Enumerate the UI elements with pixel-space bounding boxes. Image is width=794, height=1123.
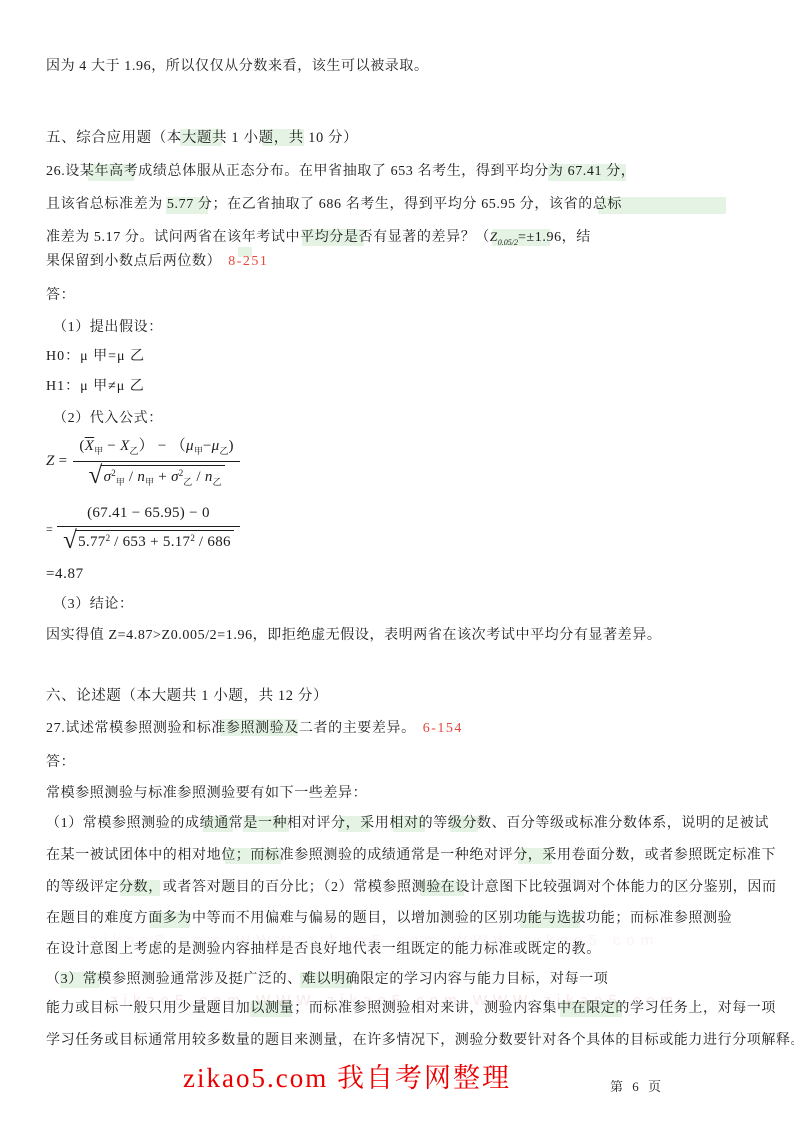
section-6-heading: 六、论述题（本大题共 1 小题，共 12 分）: [46, 687, 328, 705]
essay-line: 学习任务或目标通常用较多数量的题目来测量，在许多情况下，测验分数要针对各个具体的…: [46, 1032, 794, 1050]
fraction-denominator: √5.772 / 653 + 5.172 / 686: [57, 526, 240, 553]
essay-intro: 常模参照测验与标准参照测验要有如下一些差异：: [46, 785, 367, 803]
document-page: zikao5.com WWW zikao5.com WWW zikao5.com…: [0, 0, 794, 1123]
textbook-page-ref: 8-251: [228, 254, 268, 269]
essay-line: 在设计意图上考虑的是测验内容抽样是否良好地代表一组既定的能力标准或既定的教。: [46, 941, 601, 959]
z-result-value: =4.87: [46, 565, 84, 583]
essay-line: 能力或目标一般只用少量题目加以测量；而标准参照测验相对来讲，测验内容集中在限定的…: [46, 1000, 776, 1018]
section-5-heading: 五、综合应用题（本大题共 1 小题，共 10 分）: [46, 129, 358, 147]
paragraph-conclusion-prev-question: 因为 4 大于 1.96，所以仅仅从分数来看，该生可以被录取。: [46, 58, 429, 76]
question-27-text: 27.试述常模参照测验和标准参照测验及二者的主要差异。: [46, 721, 416, 736]
essay-line: （3）常模参照测验通常涉及挺广泛的、难以明确限定的学习内容与能力目标，对每一项: [46, 971, 608, 989]
z-formula: Z = (X甲 − X乙） − （μ甲−μ乙) √σ2甲 / n甲 + σ2乙 …: [46, 434, 240, 488]
fraction: (X甲 − X乙） − （μ甲−μ乙) √σ2甲 / n甲 + σ2乙 / n乙: [73, 434, 239, 488]
formula-lhs-z: Z: [46, 453, 55, 470]
question-26-line-3-post: =±1.96，结: [518, 230, 591, 245]
essay-line: 在题目的难度方面多为中等而不用偏难与偏易的题目，以增加测验的区别功能与选拔功能；…: [46, 910, 732, 928]
essay-line: 的等级评定分数，或者答对题目的百分比；（2）常模参照测验在设计意图下比较强调对个…: [46, 879, 777, 897]
question-26-line-3-pre: 准差为 5.17 分。试问两省在该年考试中平均分是否有显著的差异？（: [46, 230, 490, 245]
answer-label: 答：: [46, 754, 75, 772]
z-variable: Z: [490, 229, 498, 244]
sqrt-body: 5.772 / 653 + 5.172 / 686: [75, 530, 234, 551]
fraction: (67.41 − 65.95) − 0 √5.772 / 653 + 5.172…: [57, 505, 240, 553]
z-substituted-formula: = (67.41 − 65.95) − 0 √5.772 / 653 + 5.1…: [46, 505, 240, 553]
hypothesis-h1: H1：μ 甲≠μ 乙: [46, 378, 145, 396]
conclusion-line: 因实得值 Z=4.87>Z0.005/2=1.96，即拒绝虚无假设，表明两省在该…: [46, 627, 661, 645]
equals-sign: =: [46, 522, 53, 537]
question-27: 27.试述常模参照测验和标准参照测验及二者的主要差异。6-154: [46, 720, 463, 738]
page-number: 第 6 页: [610, 1076, 664, 1095]
essay-line: （1）常模参照测验的成绩通常是一种相对评分，采用相对的等级分数、百分等级或标准分…: [46, 815, 769, 833]
question-26-line-2: 且该省总标准差为 5.77 分；在乙省抽取了 686 名考生，得到平均分 65.…: [46, 196, 622, 214]
answer-label: 答：: [46, 287, 75, 305]
question-26-line-3: 准差为 5.17 分。试问两省在该年考试中平均分是否有显著的差异？（Z0.05/…: [46, 228, 591, 252]
z-subscript: 0.05/2: [498, 238, 518, 247]
question-26-line-1: 26.设某年高考成绩总体服从正态分布。在甲省抽取了 653 名考生，得到平均分为…: [46, 163, 635, 181]
hypothesis-h0: H0：μ 甲=μ 乙: [46, 348, 145, 366]
answer-step-3: （3）结论：: [53, 596, 134, 614]
question-26-line-4: 果保留到小数点后两位数）8-251: [46, 253, 268, 271]
answer-step-1: （1）提出假设：: [53, 319, 163, 337]
sqrt-body: σ2甲 / n甲 + σ2乙 / n乙: [101, 465, 225, 488]
equals-sign: =: [59, 453, 68, 470]
site-watermark: zikao5.com 我自考网整理: [183, 1056, 511, 1095]
answer-step-2: （2）代入公式：: [53, 410, 163, 428]
essay-line: 在某一被试团体中的相对地位；而标准参照测验的成绩通常是一种绝对评分，采用卷面分数…: [46, 847, 776, 865]
fraction-denominator: √σ2甲 / n甲 + σ2乙 / n乙: [73, 461, 239, 488]
fraction-numerator: (X甲 − X乙） − （μ甲−μ乙): [73, 434, 239, 461]
fraction-numerator: (67.41 − 65.95) − 0: [57, 505, 240, 526]
question-26-line-4-text: 果保留到小数点后两位数）: [46, 254, 221, 269]
textbook-page-ref: 6-154: [423, 721, 463, 736]
